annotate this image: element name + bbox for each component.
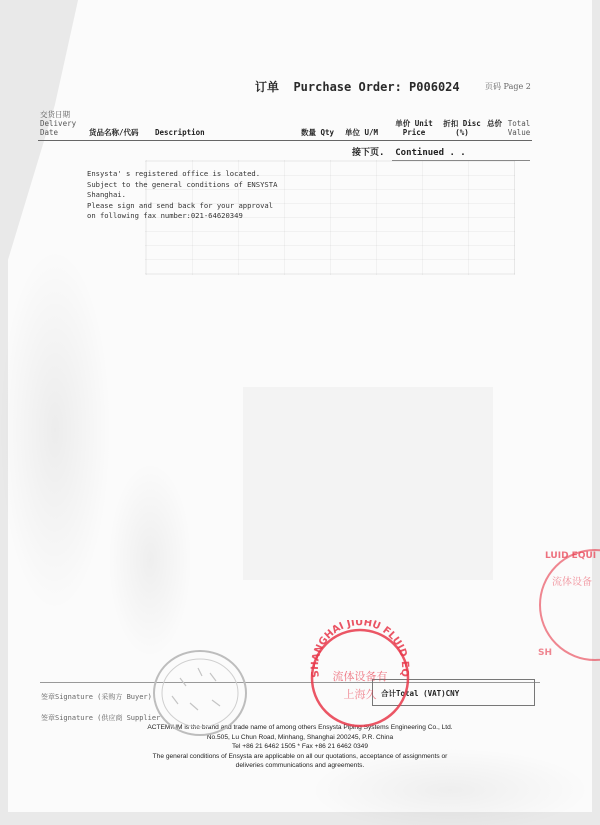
footer-line: Tel +86 21 6462 1505 * Fax +86 21 6462 0… xyxy=(100,742,500,752)
note-line: on following fax number:021-64620349 xyxy=(87,211,277,222)
footer-line: deliveries communications and agreements… xyxy=(100,761,500,771)
note-line: Subject to the general conditions of ENS… xyxy=(87,180,277,191)
supplier-signature-label: 签章Signature (供应商 Supplier xyxy=(41,713,160,723)
footer-line: No.505, Lu Chun Road, Minhang, Shanghai … xyxy=(100,733,500,743)
header-total-value-2: Value xyxy=(505,128,533,137)
note-line: Ensysta' s registered office is located. xyxy=(87,169,277,180)
header-description: Description xyxy=(155,128,205,137)
header-delivery-date-en2: Date xyxy=(40,128,76,137)
page-title: 订单 Purchase Order: P006024 xyxy=(255,78,460,95)
total-box: 合计Total (VAT)CNY xyxy=(372,679,535,706)
header-total-value: Total Value xyxy=(505,119,533,137)
header-disc-1: 折扣 Disc xyxy=(440,119,484,128)
buyer-signature-label: 签章Signature (采购方 Buyer) xyxy=(41,692,152,702)
note-line: Shanghai. xyxy=(87,190,277,201)
footer: ACTEMIUM is the brand and trade name of … xyxy=(100,723,500,771)
notes-block: Ensysta' s registered office is located.… xyxy=(87,169,277,222)
header-unit-price-2: Price xyxy=(392,128,436,137)
page-number: 页码 Page 2 xyxy=(485,81,531,92)
header-qty: 数量 Qty xyxy=(301,128,334,137)
header-total-cn: 总价 xyxy=(487,119,502,128)
note-line: Please sign and send back for your appro… xyxy=(87,201,277,212)
header-uom: 单位 U/M xyxy=(345,128,378,137)
continued-label: 接下页. Continued . . xyxy=(352,145,466,158)
header-delivery-date-cn: 交货日期 xyxy=(40,110,76,119)
bleed-through-image xyxy=(243,387,493,580)
header-delivery-date: 交货日期 Delivery Date xyxy=(40,110,76,137)
header-total-value-1: Total xyxy=(505,119,533,128)
header-delivery-date-en1: Delivery xyxy=(40,119,76,128)
header-product-code: 货品名称/代码 xyxy=(89,128,139,137)
footer-line: ACTEMIUM is the brand and trade name of … xyxy=(100,723,500,733)
total-label: 合计Total (VAT)CNY xyxy=(381,688,459,699)
header-disc: 折扣 Disc (%) xyxy=(440,119,484,137)
header-unit-price: 单价 Unit Price xyxy=(392,119,436,137)
header-unit-price-1: 单价 Unit xyxy=(392,119,436,128)
footer-line: The general conditions of Ensysta are ap… xyxy=(100,752,500,762)
continued-underline xyxy=(392,160,530,161)
header-divider xyxy=(38,140,532,141)
header-disc-2: (%) xyxy=(440,128,484,137)
